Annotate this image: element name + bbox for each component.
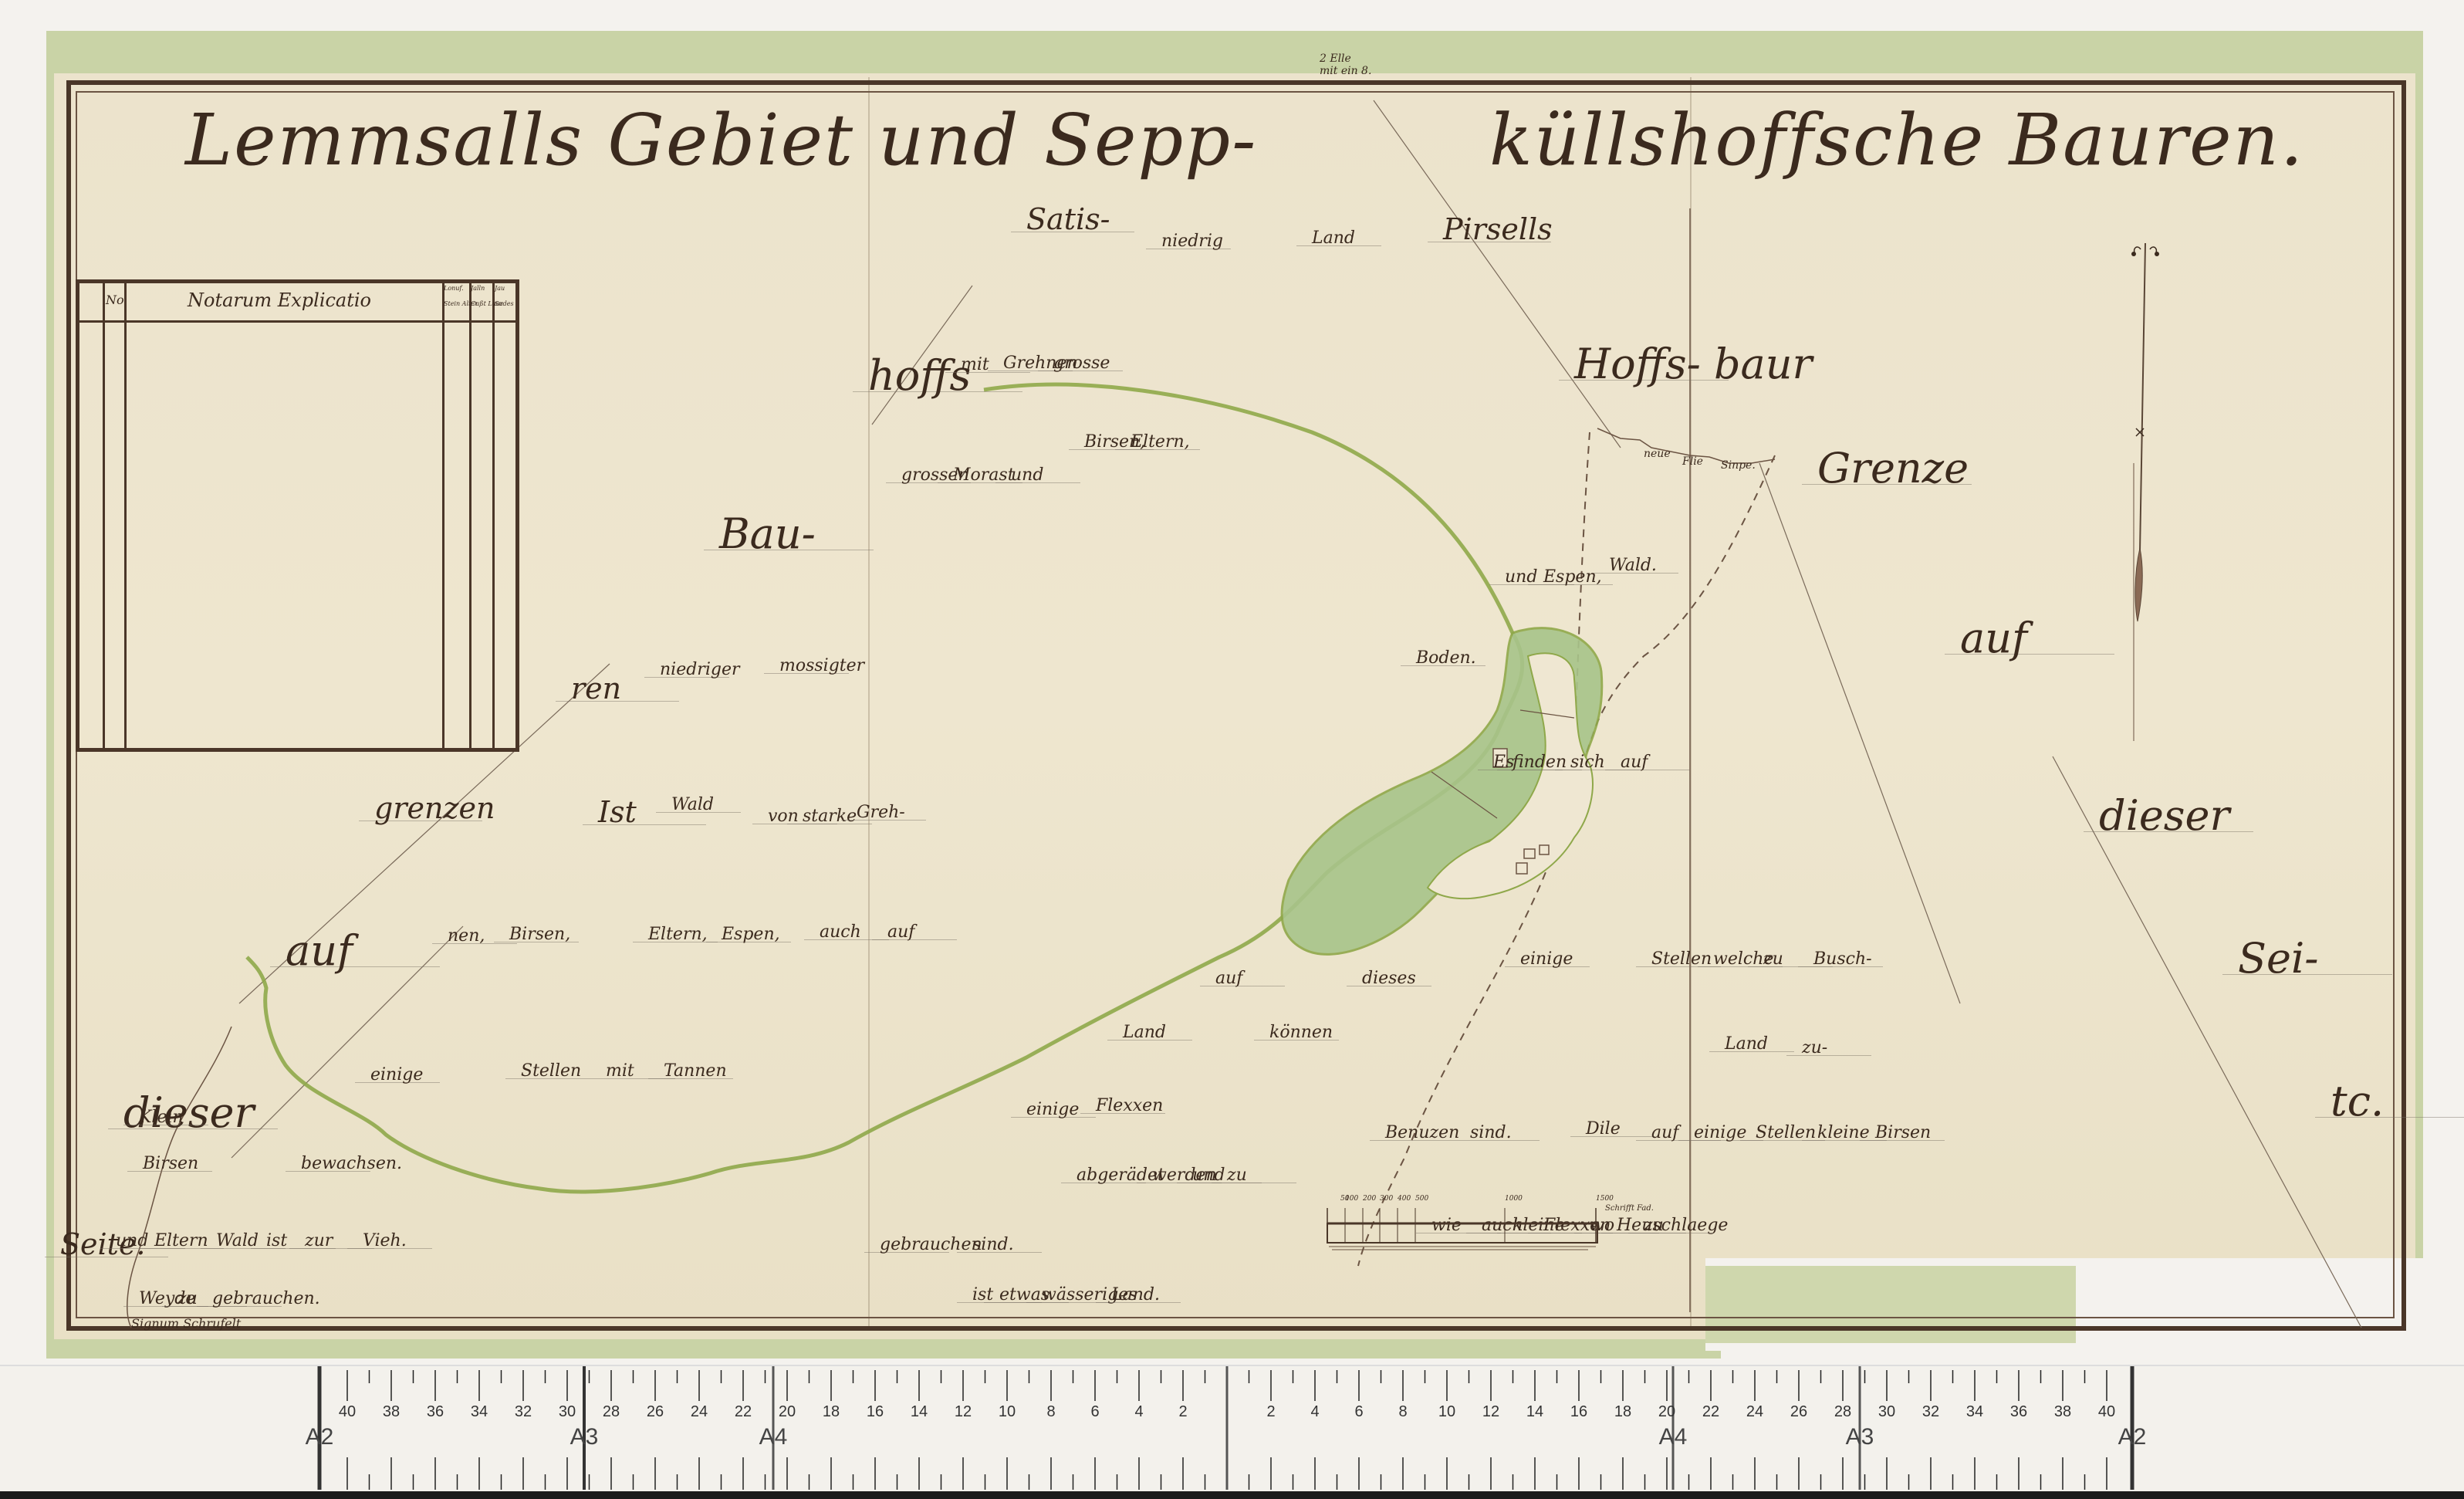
map-label: Espen, xyxy=(1543,567,1602,587)
paper-size-label-a2-left: A2 xyxy=(306,1424,334,1450)
north-arrow-icon xyxy=(2130,243,2161,745)
ruler-number: 34 xyxy=(471,1403,488,1421)
ruler-shadow xyxy=(0,1491,2464,1499)
map-label: Vieh. xyxy=(363,1231,407,1250)
map-label: Hoffs- baur xyxy=(1574,340,1812,388)
map-label: auf xyxy=(1215,969,1242,988)
ruler-number: 8 xyxy=(1046,1403,1055,1421)
map-label: einige xyxy=(370,1065,423,1084)
paper-size-label-a3-left: A3 xyxy=(570,1424,599,1450)
ruler-number: 14 xyxy=(1526,1403,1543,1421)
paper-size-label-a4-right: A4 xyxy=(1659,1424,1688,1450)
map-label: zu xyxy=(1763,949,1783,969)
map-label: Eltern, xyxy=(1131,432,1190,452)
map-label: tc. xyxy=(2330,1077,2384,1125)
ruler-number: 10 xyxy=(999,1403,1016,1421)
surveyor-signature: Signum Schrufelt xyxy=(131,1316,241,1331)
left-boundary-edge xyxy=(127,1027,232,1328)
map-label: niedriger xyxy=(660,660,739,679)
scale-tick-200: 200 xyxy=(1363,1195,1376,1203)
legend-col-a-top: Lonuf. xyxy=(444,285,464,292)
pencil-line xyxy=(1759,463,1960,1003)
ruler-number: 24 xyxy=(691,1403,708,1421)
scale-tick-1000: 1000 xyxy=(1505,1195,1523,1203)
legend-col-c-bottom: Sudes xyxy=(495,300,514,307)
map-label: sind. xyxy=(1470,1123,1512,1142)
map-label: zu xyxy=(177,1289,198,1308)
building xyxy=(1516,863,1527,874)
map-label: sind. xyxy=(972,1235,1014,1254)
ruler-number: 14 xyxy=(911,1403,928,1421)
map-label: starke xyxy=(803,807,857,826)
ruler-number: 36 xyxy=(427,1403,444,1421)
map-label: Land xyxy=(1123,1023,1166,1042)
label-guide-line xyxy=(1212,1183,1296,1183)
pencil-line xyxy=(2053,756,2361,1328)
map-label: grenzen xyxy=(374,791,495,825)
map-label: einige xyxy=(1026,1100,1079,1119)
legend-col-b-top: Jalln xyxy=(471,285,485,292)
legend-col-divider xyxy=(469,283,472,748)
ruler-number: 18 xyxy=(823,1403,840,1421)
map-label: zur xyxy=(305,1231,333,1250)
map-label: Benuzen xyxy=(1385,1123,1459,1142)
map-label: sich xyxy=(1570,753,1605,772)
ruler-number: 16 xyxy=(1570,1403,1587,1421)
ruler-number: 18 xyxy=(1614,1403,1631,1421)
map-label: auf xyxy=(1651,1123,1678,1142)
ruler-number: 10 xyxy=(1438,1403,1455,1421)
ruler-number: 16 xyxy=(867,1403,884,1421)
dashed-road xyxy=(1582,455,1775,772)
map-label: Wald xyxy=(671,795,714,814)
map-label: zu xyxy=(1227,1166,1247,1185)
ruler-number: 2 xyxy=(1178,1403,1187,1421)
pencil-line xyxy=(1374,100,1621,448)
ruler-number: 6 xyxy=(1354,1403,1363,1421)
map-label: einige xyxy=(1694,1123,1746,1142)
ruler-number: 38 xyxy=(2054,1403,2071,1421)
map-label: zu xyxy=(1644,1216,1664,1235)
map-label: mit xyxy=(606,1061,634,1081)
map-label: Greh- xyxy=(857,803,905,822)
ruler-number: 26 xyxy=(647,1403,664,1421)
map-label: Flexxen xyxy=(1096,1096,1163,1115)
label-guide-line xyxy=(1628,1233,1713,1233)
map-label: gebrauchen. xyxy=(212,1289,320,1308)
map-label: können xyxy=(1269,1023,1333,1042)
ruler-number: 40 xyxy=(339,1403,356,1421)
map-label: auf xyxy=(887,922,914,942)
building xyxy=(1540,845,1549,854)
boundary-note-2: Flie xyxy=(1682,455,1703,468)
legend-table: No Notarum Explicatio Lonuf. Stein Alter… xyxy=(76,279,519,752)
legend-col-no: No xyxy=(106,293,124,307)
map-label: mossigter xyxy=(779,656,864,675)
legend-header-divider xyxy=(79,320,515,323)
map-label: Bau- xyxy=(719,509,816,558)
ruler-number: 30 xyxy=(1878,1403,1895,1421)
map-label: auf xyxy=(1960,614,2027,662)
map-label: Busch- xyxy=(1813,949,1872,969)
scale-tick-300: 300 xyxy=(1380,1195,1393,1203)
map-label: Satis- xyxy=(1026,202,1110,236)
ruler-number: 28 xyxy=(603,1403,620,1421)
map-label: Birsen xyxy=(1875,1123,1931,1142)
ruler-number: 8 xyxy=(1398,1403,1407,1421)
map-label: Land. xyxy=(1111,1285,1160,1304)
map-label: Wald. xyxy=(1609,556,1657,575)
legend-col-divider xyxy=(103,283,105,748)
legend-col-explanation: Notarum Explicatio xyxy=(188,289,371,311)
scale-bar xyxy=(1326,1200,1607,1254)
map-label: hoffs xyxy=(868,351,971,400)
boundary-note-1: neue xyxy=(1644,448,1671,460)
ruler-number: 12 xyxy=(1482,1403,1499,1421)
paper-size-label-a2-right: A2 xyxy=(2118,1424,2147,1450)
boundary-note-3: Sinpe. xyxy=(1721,459,1756,472)
map-label: Land xyxy=(1725,1034,1768,1054)
map-label: Dile xyxy=(1586,1119,1621,1139)
label-guide-line xyxy=(1786,1055,1871,1056)
map-label: auf xyxy=(286,926,353,975)
map-label: Ist xyxy=(598,795,637,829)
map-label: auf xyxy=(1621,753,1648,772)
map-label: Land xyxy=(1312,228,1355,248)
ruler-number: 28 xyxy=(1834,1403,1851,1421)
map-label: grosse xyxy=(1053,354,1110,373)
map-label: Stellen xyxy=(521,1061,581,1081)
ruler-number: 38 xyxy=(383,1403,400,1421)
ruler-number: 22 xyxy=(735,1403,752,1421)
ruler-number: 4 xyxy=(1310,1403,1319,1421)
map-label: ren xyxy=(571,672,621,706)
ruler-number: 12 xyxy=(955,1403,972,1421)
ruler-number: 2 xyxy=(1266,1403,1275,1421)
map-label: Klein xyxy=(139,1108,184,1127)
legend-col-divider xyxy=(442,283,444,748)
ruler-number: 26 xyxy=(1790,1403,1807,1421)
map-label: niedrig xyxy=(1161,232,1223,251)
ruler-number: 24 xyxy=(1746,1403,1763,1421)
ruler-number: 32 xyxy=(1922,1403,1939,1421)
scale-tick-1500: 1500 xyxy=(1596,1195,1614,1203)
paper-size-label-a4-left: A4 xyxy=(759,1424,788,1450)
map-label: einige xyxy=(1520,949,1573,969)
ruler-ticks xyxy=(0,1366,2464,1499)
map-label: Grenze xyxy=(1817,444,1969,492)
map-label: Tannen xyxy=(664,1061,727,1081)
legend-col-divider xyxy=(492,283,495,748)
map-label: und xyxy=(1011,465,1043,485)
map-label: bewachsen. xyxy=(301,1154,402,1173)
map-label: Espen, xyxy=(722,925,780,944)
ruler-number: 4 xyxy=(1134,1403,1143,1421)
map-label: Birsen xyxy=(143,1154,198,1173)
scale-tick-100: 100 xyxy=(1345,1195,1358,1203)
legend-col-c-top: Jau xyxy=(495,285,505,292)
scale-unit-label: Schrifft Fad. xyxy=(1605,1204,1654,1213)
map-label: Pirsells xyxy=(1443,212,1553,246)
building xyxy=(1524,849,1535,858)
scale-tick-500: 500 xyxy=(1415,1195,1428,1203)
ruler-number: 20 xyxy=(1658,1403,1675,1421)
map-label: zu- xyxy=(1802,1038,1827,1057)
map-label: auch xyxy=(820,922,861,942)
map-label: Eltern, xyxy=(648,925,708,944)
map-label: nen, xyxy=(448,926,485,946)
ruler-number: 34 xyxy=(1966,1403,1983,1421)
map-label: Sei- xyxy=(2238,934,2318,983)
scale-tick-400: 400 xyxy=(1398,1195,1411,1203)
ruler-number: 30 xyxy=(559,1403,576,1421)
map-label: dieses xyxy=(1362,969,1416,988)
map-label: dieser xyxy=(2099,791,2229,840)
map-label: Birsen, xyxy=(509,925,570,944)
paper-size-label-a3-right: A3 xyxy=(1846,1424,1874,1450)
ruler-number: 32 xyxy=(515,1403,532,1421)
ruler-number: 22 xyxy=(1702,1403,1719,1421)
legend-col-divider xyxy=(124,283,127,748)
ruler-number: 6 xyxy=(1090,1403,1099,1421)
ruler-number: 40 xyxy=(2098,1403,2115,1421)
map-label: ist xyxy=(266,1231,287,1250)
measuring-ruler: 4038363432302826242220181614121086422468… xyxy=(0,1365,2464,1499)
map-label: mit xyxy=(961,355,989,374)
ruler-number: 36 xyxy=(2010,1403,2027,1421)
map-label: Boden. xyxy=(1416,648,1476,668)
ruler-number: 20 xyxy=(779,1403,796,1421)
